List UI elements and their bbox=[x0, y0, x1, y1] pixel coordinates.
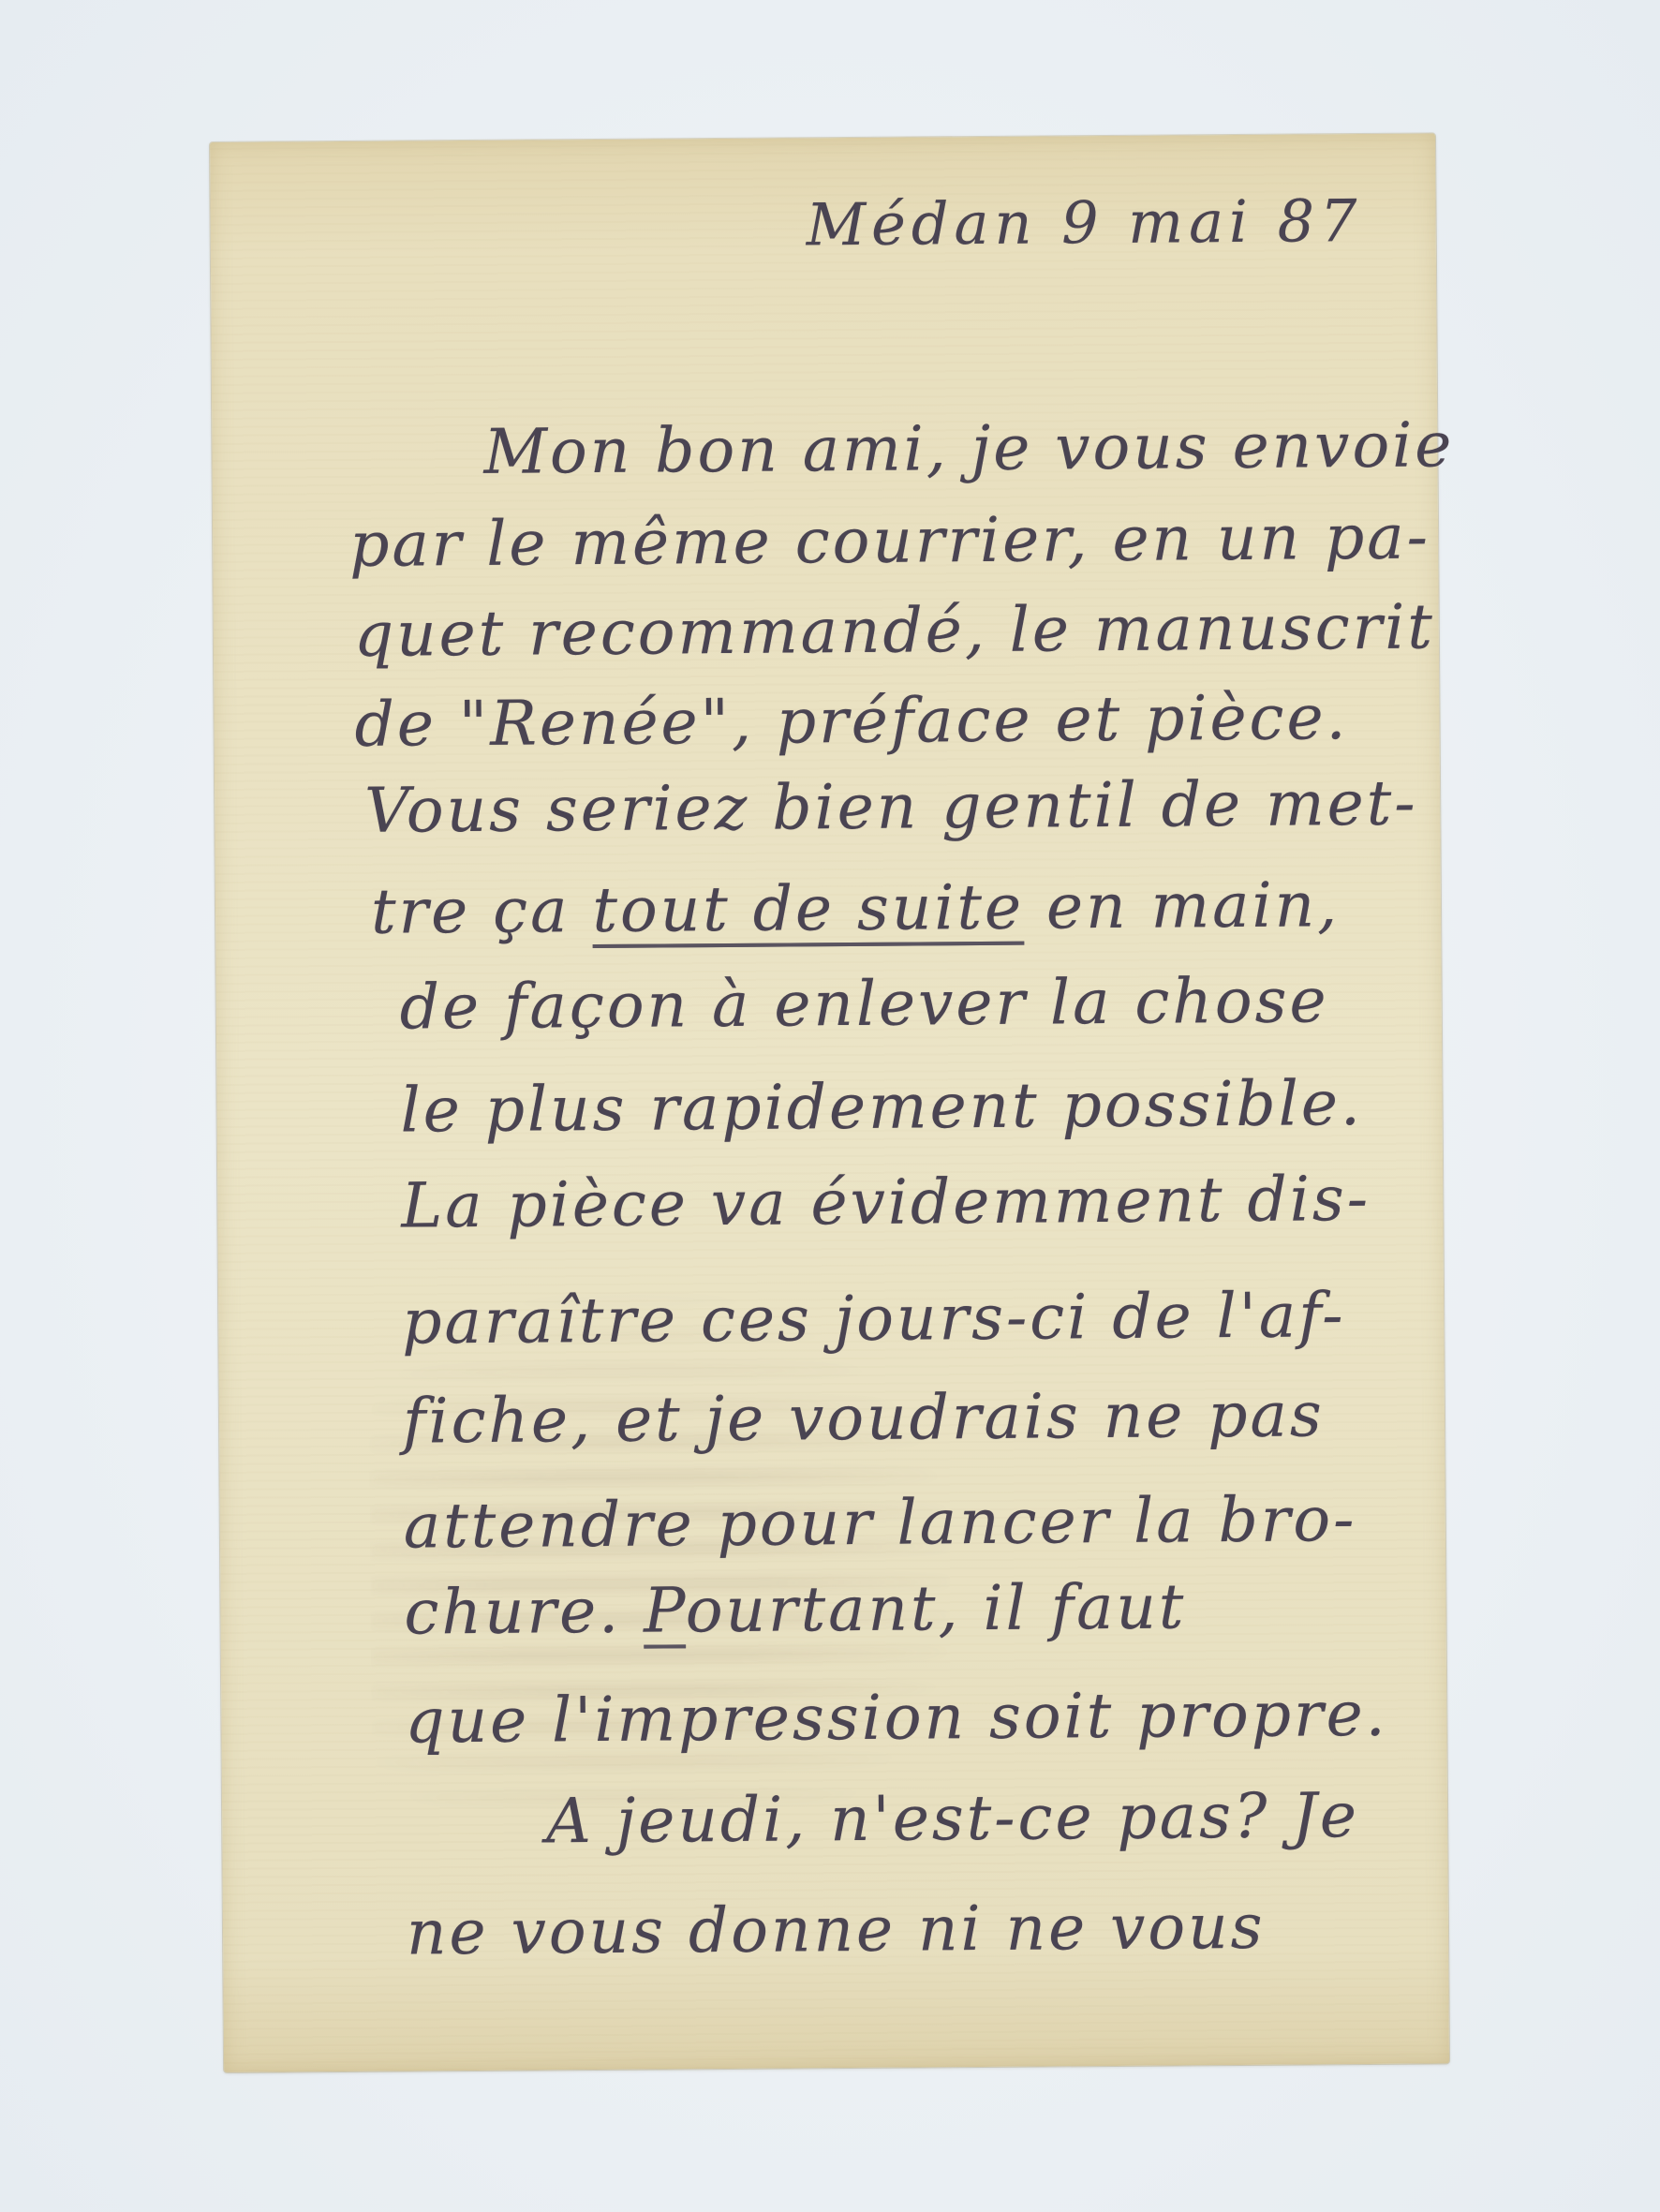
letter-line-2: par le même courrier, en un pa- bbox=[349, 506, 1430, 575]
letter-line-10: paraître ces jours-ci de l'af- bbox=[402, 1284, 1346, 1353]
letter-line-14: que l'impression soit propre. bbox=[405, 1684, 1388, 1753]
letter-line-13: chure. Pourtant, il faut bbox=[404, 1576, 1186, 1643]
letter-line-6-suffix: en main, bbox=[1024, 868, 1341, 943]
letter-line-6: tre ça tout de suite en main, bbox=[371, 874, 1341, 943]
letter-line-3: quet recommandé, le manuscrit bbox=[354, 596, 1435, 665]
letter-line-16: ne vous donne ni ne vous bbox=[407, 1896, 1266, 1965]
letter-line-13-prefix: chure. bbox=[404, 1575, 644, 1649]
letter-line-1: Mon bon ami, je vous envoie bbox=[483, 414, 1454, 483]
letter-line-7: de façon à enlever la chose bbox=[400, 970, 1329, 1038]
letter-line-15: A jeudi, n'est-ce pas? Je bbox=[546, 1785, 1359, 1852]
letter-line-6-prefix: tre ça bbox=[371, 874, 593, 948]
letter-line-5: Vous seriez bien gentil de met- bbox=[364, 773, 1418, 842]
letter-line-13-suffix: ourtant, il faut bbox=[685, 1570, 1186, 1646]
letter-line-8: le plus rapidement possible. bbox=[400, 1073, 1363, 1142]
letter-line-4: de "Renée", préface et pièce. bbox=[354, 687, 1348, 756]
letter-dateline: Médan 9 mai 87 bbox=[806, 192, 1362, 254]
letter-line-12: attendre pour lancer la bro- bbox=[404, 1489, 1357, 1557]
letter-sheet: Médan 9 mai 87 Mon bon ami, je vous envo… bbox=[210, 133, 1449, 2072]
underlined-emphasis: tout de suite bbox=[592, 871, 1024, 946]
letter-line-11: fiche, et je voudrais ne pas bbox=[403, 1384, 1325, 1452]
letter-line-9: La pièce va évidemment dis- bbox=[401, 1168, 1371, 1238]
underlined-initial: P bbox=[644, 1574, 686, 1646]
